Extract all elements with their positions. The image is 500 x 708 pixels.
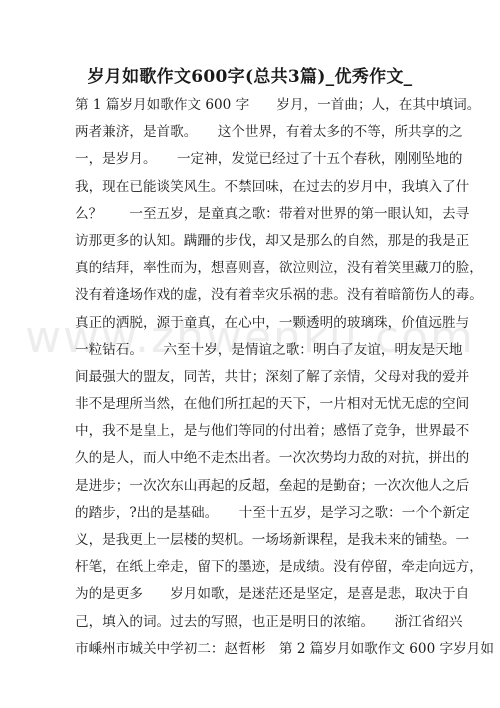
- text-line: 是进步；一次次东山再起的反超，垒起的是勤奋；一次次他人之后: [75, 473, 435, 500]
- text-line: 真正的洒脱，源于童真，在心中，一颗透明的玻璃珠，价值远胜与: [75, 310, 435, 337]
- text-line: 义，是我更上一层楼的契机。一场场新课程，是我未来的铺垫。一: [75, 527, 435, 554]
- text-line: 己，填入的词。过去的写照，也正是明日的浓缩。 浙江省绍兴: [75, 609, 435, 636]
- text-line: 中，我不是皇上，是与他们等同的付出着；感悟了竞争，世界最不: [75, 418, 435, 445]
- text-line: 访那更多的认知。蹒跚的步伐，却又是那么的自然，那是的我是正: [75, 228, 435, 255]
- text-line: 杆笔，在纸上牵走，留下的墨迹，是成绩。没有停留，牵走向远方，: [75, 554, 435, 581]
- text-line: 一粒钻石。 六至十岁，是情谊之歌：明白了友谊，明友是天地: [75, 337, 435, 364]
- text-line: 我，现在已能谈笑风生。不禁回味，在过去的岁月中，我填入了什: [75, 174, 435, 201]
- text-line: 么？ 一至五岁，是童真之歌：带着对世界的第一眼认知，去寻: [75, 201, 435, 228]
- text-line: 久的是人，而人中绝不走杰出者。一次次势均力敌的对抗，拼出的: [75, 445, 435, 472]
- text-line: 为的是更多 岁月如歌，是迷茫还是坚定，是喜是悲，取决于自: [75, 581, 435, 608]
- text-line: 的踏步，?出的是基础。 十至十五岁，是学习之歌：一个个新定: [75, 500, 435, 527]
- text-line: 两者兼济，是首歌。 这个世界，有着太多的不等，所共享的之: [75, 119, 435, 146]
- text-line: 间最强大的盟友，同苦，共甘；深刻了解了亲情，父母对我的爱并: [75, 364, 435, 391]
- text-line: 真的结拜，率性而为，想喜则喜，欲泣则泣，没有着笑里藏刀的脸，: [75, 255, 435, 282]
- document-title: 岁月如歌作文600字(总共3篇)_优秀作文_: [0, 62, 500, 87]
- text-line: 一，是岁月。 一定神，发觉已经过了十五个春秋，刚刚坠地的: [75, 146, 435, 173]
- text-line: 第 1 篇岁月如歌作文 600 字 岁月，一首曲；人，在其中填词。: [75, 92, 435, 119]
- text-line: 没有着逢场作戏的虚，没有着幸灾乐祸的悲。没有着暗箭伤人的毒。: [75, 282, 435, 309]
- text-line: 市嵊州市城关中学初二：赵哲彬 第 2 篇岁月如歌作文 600 字岁月如: [75, 636, 435, 663]
- text-line: 非不是理所当然，在他们所扛起的天下，一片相对无忧无虑的空间: [75, 391, 435, 418]
- document-body: 第 1 篇岁月如歌作文 600 字 岁月，一首曲；人，在其中填词。 两者兼济，是…: [75, 92, 435, 663]
